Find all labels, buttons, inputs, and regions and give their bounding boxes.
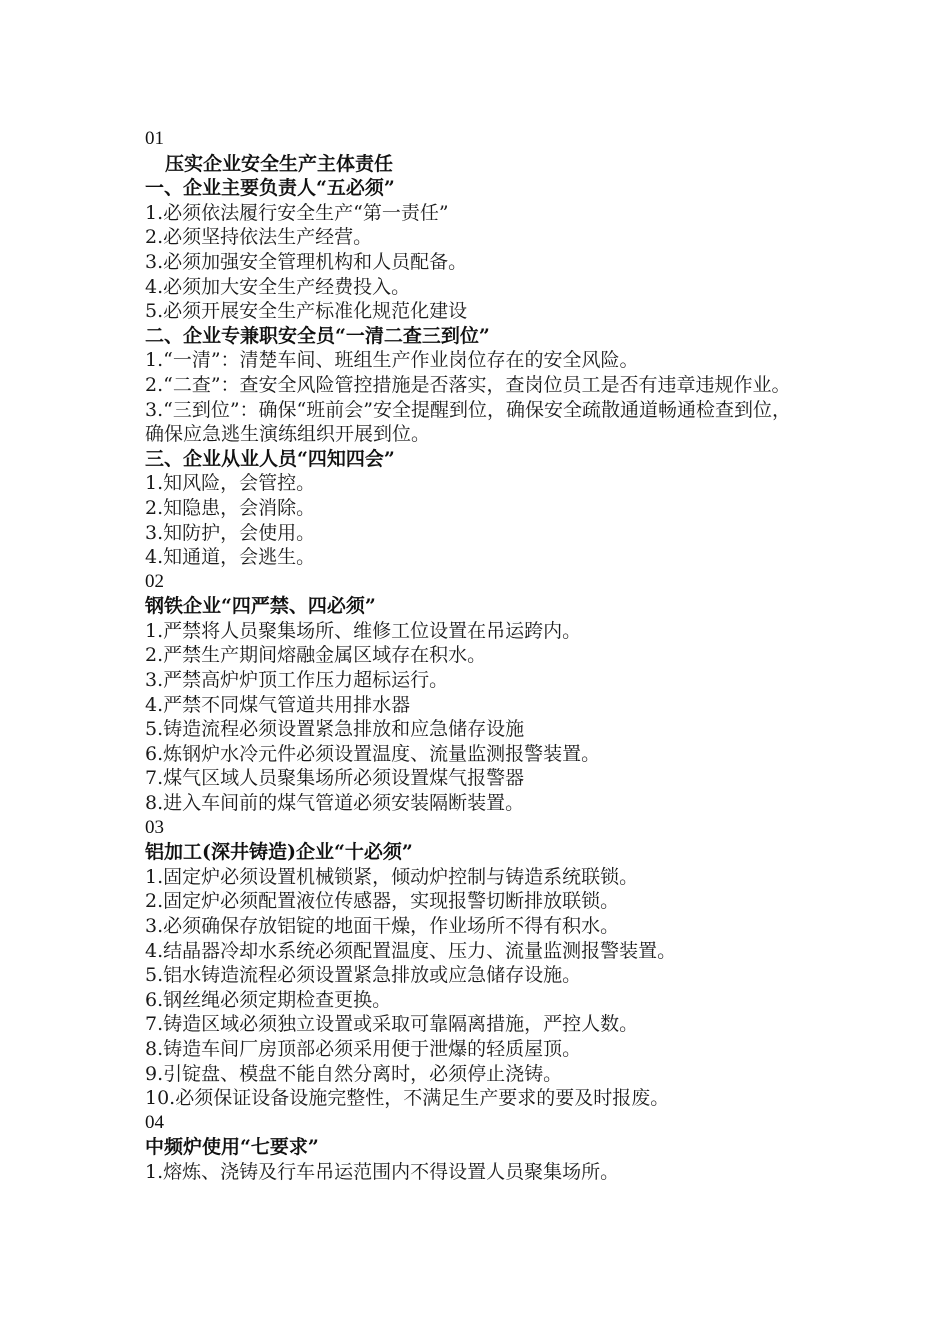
list-item: 7.铸造区域必须独立设置或采取可靠隔离措施，严控人数。	[145, 1012, 791, 1037]
list-item: 5.必须开展安全生产标准化规范化建设	[145, 299, 791, 324]
document-page: 01 压实企业安全生产主体责任 一、企业主要负责人“五必须” 1.必须依法履行安…	[145, 127, 791, 1185]
list-item: 1.必须依法履行安全生产“第一责任”	[145, 201, 791, 226]
list-item: 3.必须加强安全管理机构和人员配备。	[145, 250, 791, 275]
list-item: 5.铸造流程必须设置紧急排放和应急储存设施	[145, 717, 791, 742]
section-number: 02	[145, 570, 791, 595]
list-item: 5.铝水铸造流程必须设置紧急排放或应急储存设施。	[145, 963, 791, 988]
section-number: 04	[145, 1111, 791, 1136]
list-item: 1.固定炉必须设置机械锁紧，倾动炉控制与铸造系统联锁。	[145, 865, 791, 890]
list-item: 4.严禁不同煤气管道共用排水器	[145, 693, 791, 718]
list-item: 1.严禁将人员聚集场所、维修工位设置在吊运跨内。	[145, 619, 791, 644]
list-item: 2.“二查”：查安全风险管控措施是否落实，查岗位员工是否有违章违规作业。	[145, 373, 791, 398]
section-number: 03	[145, 816, 791, 841]
list-item: 1.熔炼、浇铸及行车吊运范围内不得设置人员聚集场所。	[145, 1160, 791, 1185]
list-item: 8.铸造车间厂房顶部必须采用便于泄爆的轻质屋顶。	[145, 1037, 791, 1062]
list-item: 1.“一清”：清楚车间、班组生产作业岗位存在的安全风险。	[145, 348, 791, 373]
list-item: 2.固定炉必须配置液位传感器，实现报警切断排放联锁。	[145, 889, 791, 914]
list-item: 3.严禁高炉炉顶工作压力超标运行。	[145, 668, 791, 693]
section-heading: 钢铁企业“四严禁、四必须”	[145, 594, 791, 619]
section-heading: 中频炉使用“七要求”	[145, 1135, 791, 1160]
section-title: 压实企业安全生产主体责任	[145, 152, 791, 177]
list-item: 7.煤气区域人员聚集场所必须设置煤气报警器	[145, 766, 791, 791]
subsection-heading: 三、企业从业人员“四知四会”	[145, 447, 791, 472]
section-number: 01	[145, 127, 791, 152]
list-item: 6.炼钢炉水冷元件必须设置温度、流量监测报警装置。	[145, 742, 791, 767]
list-item: 4.必须加大安全生产经费投入。	[145, 275, 791, 300]
subsection-heading: 二、企业专兼职安全员“一清二查三到位”	[145, 324, 791, 349]
list-item: 3.“三到位”：确保“班前会”安全提醒到位，确保安全疏散通道畅通检查到位，确保应…	[145, 398, 791, 447]
list-item: 8.进入车间前的煤气管道必须安装隔断装置。	[145, 791, 791, 816]
list-item: 3.必须确保存放铝锭的地面干燥，作业场所不得有积水。	[145, 914, 791, 939]
subsection-heading: 一、企业主要负责人“五必须”	[145, 176, 791, 201]
list-item: 2.必须坚持依法生产经营。	[145, 225, 791, 250]
list-item: 4.知通道，会逃生。	[145, 545, 791, 570]
list-item: 1.知风险，会管控。	[145, 471, 791, 496]
list-item: 3.知防护，会使用。	[145, 521, 791, 546]
list-item: 6.钢丝绳必须定期检查更换。	[145, 988, 791, 1013]
list-item: 2.知隐患，会消除。	[145, 496, 791, 521]
list-item: 4.结晶器冷却水系统必须配置温度、压力、流量监测报警装置。	[145, 939, 791, 964]
list-item: 9.引锭盘、模盘不能自然分离时，必须停止浇铸。	[145, 1062, 791, 1087]
list-item: 10.必须保证设备设施完整性，不满足生产要求的要及时报废。	[145, 1086, 791, 1111]
section-heading: 铝加工(深井铸造)企业“十必须”	[145, 840, 791, 865]
list-item: 2.严禁生产期间熔融金属区域存在积水。	[145, 643, 791, 668]
